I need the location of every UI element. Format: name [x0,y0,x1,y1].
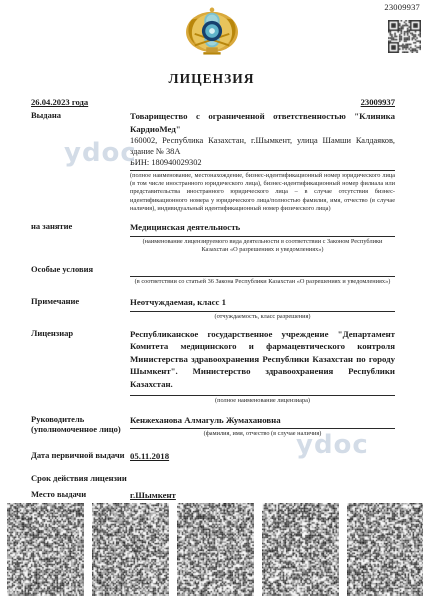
issue-date: 26.04.2023 года [31,97,88,107]
field-value-block: Республиканское государственное учрежден… [130,328,395,406]
field-label: Лицензиар [31,328,130,406]
field-place-of-issue: Место выдачи г.Шымкент [31,489,395,502]
field-label: Примечание [31,296,130,321]
qr-code-icon [388,20,421,53]
field-label: Срок действия лицензии [31,473,130,484]
field-underline [130,235,395,237]
field-hint: (полное наименование, местонахождение, б… [130,172,395,213]
datamatrix-barcode [347,503,423,596]
field-value-block: (в соответствии со статьей 36 Закона Рес… [130,264,395,286]
field-value-block: Медицинская деятельность (наименование л… [130,221,395,254]
field-value-block: Неотчуждаемая, класс 1 (отчуждаемость, к… [130,296,395,321]
activity-value: Медицинская деятельность [130,221,395,234]
field-issued-to: Выдана Товарищество с ограниченной ответ… [31,110,395,213]
field-value-block: Товарищество с ограниченной ответственно… [130,110,395,213]
field-underline [130,310,395,312]
place-value: г.Шымкент [130,490,176,500]
field-value-block: 05.11.2018 [130,450,395,463]
datamatrix-barcode [92,503,169,596]
license-number: 23009937 [361,97,395,107]
field-underline [130,394,395,396]
field-underline [130,275,395,277]
field-label: Место выдачи [31,489,130,502]
field-label: Особые условия [31,264,130,286]
date-number-row: 26.04.2023 года 23009937 [31,97,395,107]
company-address: 160002, Республика Казахстан, г.Шымкент,… [130,135,395,157]
field-licensor: Лицензиар Республиканское государственно… [31,328,395,406]
company-name: Товарищество с ограниченной ответственно… [130,110,395,135]
field-head: Руководитель (уполномоченное лицо) Кенже… [31,414,395,439]
note-value: Неотчуждаемая, класс 1 [130,296,395,309]
license-document: 23009937 ЛИЦЕНЗИЯ 26.04.2023 года 230099… [0,0,423,600]
head-name: Кенжеханова Алмагуль Жумахановна [130,414,395,427]
field-label: Дата первичной выдачи [31,450,130,463]
field-activity: на занятие Медицинская деятельность (наи… [31,221,395,254]
field-label: Выдана [31,110,130,213]
field-hint: (наименование лицензируемого вида деятел… [130,238,395,254]
field-first-issue-date: Дата первичной выдачи 05.11.2018 [31,450,395,463]
field-special-conditions: Особые условия (в соответствии со статье… [31,264,395,286]
barcode-strip [7,503,423,596]
company-bin: БИН: 180940029302 [130,157,395,168]
field-value-block: г.Шымкент [130,489,395,502]
special-value [130,264,395,274]
field-hint: (фамилия, имя, отчество (в случае наличи… [130,430,395,438]
field-underline [130,169,395,171]
document-number-top: 23009937 [384,2,420,12]
kazakhstan-emblem-icon [181,6,243,56]
field-underline [130,427,395,429]
field-note: Примечание Неотчуждаемая, класс 1 (отчуж… [31,296,395,321]
datamatrix-barcode [262,503,339,596]
first-issue-date-value: 05.11.2018 [130,451,169,461]
field-value-block: Кенжеханова Алмагуль Жумахановна (фамили… [130,414,395,439]
licensor-value: Республиканское государственное учрежден… [130,328,395,391]
field-validity-period: Срок действия лицензии [31,473,395,484]
datamatrix-barcode [7,503,84,596]
datamatrix-barcode [177,503,254,596]
field-hint: (в соответствии со статьей 36 Закона Рес… [130,278,395,286]
document-title: ЛИЦЕНЗИЯ [0,71,423,87]
field-label: на занятие [31,221,130,254]
field-hint: (полное наименование лицензиара) [130,397,395,405]
field-value-block [130,473,395,484]
field-label: Руководитель (уполномоченное лицо) [31,414,130,439]
field-hint: (отчуждаемость, класс разрешения) [130,313,395,321]
